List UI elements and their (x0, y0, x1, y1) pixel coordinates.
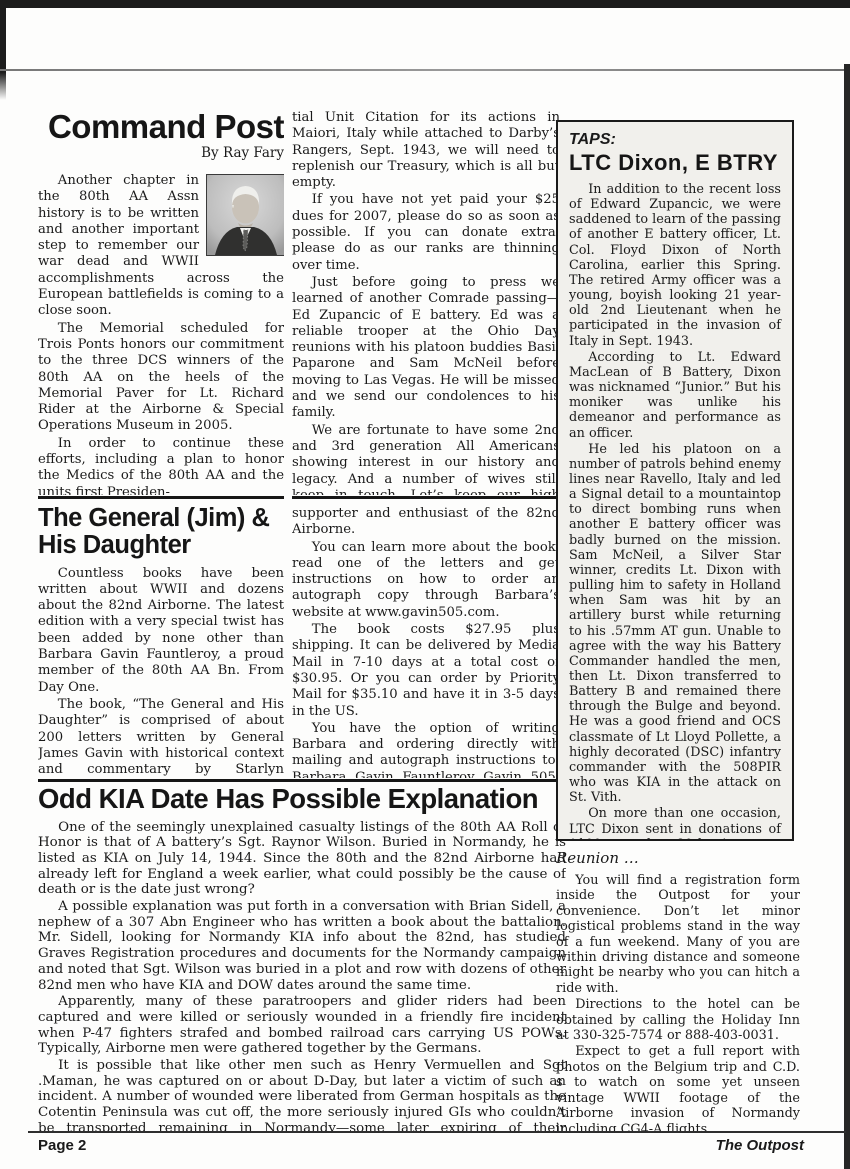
paragraph: Countless books have been written about … (38, 566, 284, 696)
paragraph: tial Unit Citation for its actions in Ma… (292, 110, 560, 191)
reunion-section: Reunion … You will find a registration f… (556, 849, 800, 1132)
scan-page-fold-line (0, 69, 850, 71)
paragraph: The book costs $27.95 plus shipping. It … (292, 622, 560, 720)
paragraph: One of the seemingly unexplained casualt… (38, 820, 566, 899)
paragraph: He led his platoon on a number of patrol… (569, 442, 781, 806)
scan-left-edge (0, 8, 6, 100)
section-divider (38, 779, 565, 782)
command-post-byline: By Ray Fary (38, 145, 284, 161)
odd-kia-section: Odd KIA Date Has Possible Explanation On… (38, 784, 566, 1132)
taps-kicker: TAPS: (569, 131, 781, 149)
scan-right-edge (844, 64, 850, 1169)
paragraph: Just before going to press we learned of… (292, 275, 560, 422)
paragraph: We are fortunate to have some 2nd and 3r… (292, 423, 560, 495)
paragraph: According to Lt. Edward MacLean of B Bat… (569, 350, 781, 441)
paragraph: The Memorial scheduled for Trois Ponts h… (38, 321, 284, 435)
paragraph: Apparently, many of these paratroopers a… (38, 994, 566, 1057)
newsletter-page: Command Post By Ray Fary (0, 0, 850, 1169)
paragraph: In order to continue these efforts, incl… (38, 436, 284, 495)
paragraph: It is possible that like other men such … (38, 1058, 566, 1132)
paragraph: In addition to the recent loss of Edward… (569, 182, 781, 349)
portrait-photo-graphic (207, 175, 284, 255)
footer-publication-name: The Outpost (716, 1137, 804, 1154)
taps-obituary-box: TAPS: LTC Dixon, E BTRY In addition to t… (556, 120, 794, 841)
command-post-column-2: tial Unit Citation for its actions in Ma… (292, 110, 560, 495)
paragraph: You have the option of writing Barbara a… (292, 721, 560, 778)
footer-page-number: Page 2 (38, 1137, 86, 1154)
paragraph: You will find a registration form inside… (556, 873, 800, 996)
section-divider (38, 496, 284, 499)
paragraph: The book, “The General and His Daughter”… (38, 697, 284, 778)
taps-title: LTC Dixon, E BTRY (569, 152, 781, 174)
reunion-title: Reunion … (556, 849, 800, 867)
general-daughter-column-2: supporter and enthusiast of the 82nd Air… (292, 506, 560, 778)
paragraph: You can learn more about the book, read … (292, 540, 560, 621)
ray-fary-photo (207, 175, 284, 255)
paragraph: supporter and enthusiast of the 82nd Air… (292, 506, 560, 539)
section-divider (292, 496, 560, 499)
paragraph: If you have not yet paid your $25 dues f… (292, 192, 560, 273)
paragraph: On more than one occasion, LTC Dixon sen… (569, 806, 781, 841)
general-daughter-column-1: The General (Jim) & His Daughter Countle… (38, 503, 284, 778)
paragraph: Directions to the hotel can be obtained … (556, 997, 800, 1043)
scan-top-edge (0, 0, 850, 8)
command-post-column-1: Command Post By Ray Fary (38, 98, 284, 495)
paragraph: A possible explanation was put forth in … (38, 899, 566, 993)
paragraph: Expect to get a full report with photos … (556, 1044, 800, 1132)
command-post-title: Command Post (38, 110, 284, 143)
footer-divider (28, 1131, 846, 1133)
general-daughter-title: The General (Jim) & His Daughter (38, 505, 284, 559)
odd-kia-title: Odd KIA Date Has Possible Explanation (38, 785, 566, 813)
